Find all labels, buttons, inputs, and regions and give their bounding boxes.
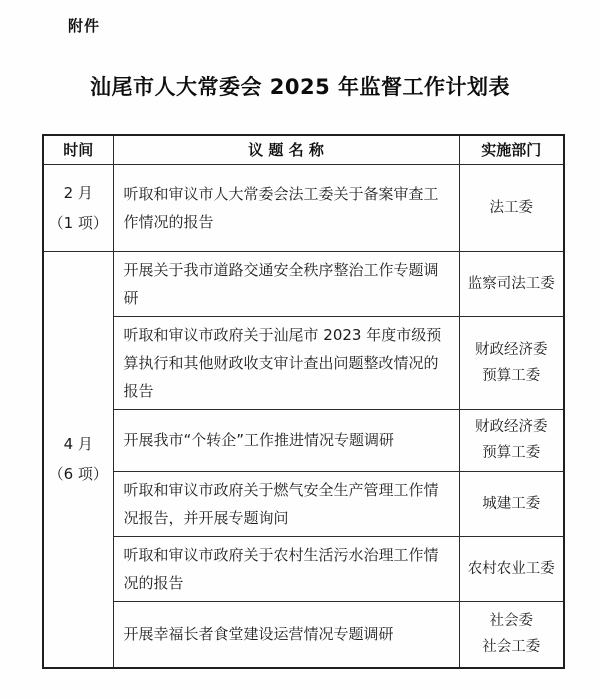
dept-cell: 法工委 [459,164,564,251]
dept-line: 农村农业工委 [462,556,562,582]
topic-cell: 听取和审议市人大常委会法工委关于备案审查工作情况的报告 [113,164,459,251]
time-cell-april: 4 月 （6 项） [43,251,113,668]
dept-line: 社会委 [462,608,562,634]
table-row: 听取和审议市政府关于汕尾市 2023 年度市级预算执行和其他财政收支审计查出问题… [43,316,564,409]
dept-cell: 监察司法工委 [459,251,564,316]
dept-cell: 社会委 社会工委 [459,601,564,668]
table-row: 听取和审议市政府关于燃气安全生产管理工作情况报告，并开展专题询问 城建工委 [43,471,564,536]
dept-cell: 城建工委 [459,471,564,536]
page-title: 汕尾市人大常委会 2025 年监督工作计划表 [0,71,600,101]
attachment-label: 附件 [68,15,100,36]
topic-cell: 开展幸福长者食堂建设运营情况专题调研 [113,601,459,668]
topic-cell: 听取和审议市政府关于农村生活污水治理工作情况的报告 [113,536,459,601]
dept-line: 预算工委 [462,363,562,389]
topic-cell: 开展关于我市道路交通安全秩序整治工作专题调研 [113,251,459,316]
table-row: 2 月 （1 项） 听取和审议市人大常委会法工委关于备案审查工作情况的报告 法工… [43,164,564,251]
time-month: 2 月 [44,178,113,208]
dept-line: 城建工委 [462,491,562,517]
time-cell-february: 2 月 （1 项） [43,164,113,251]
col-header-topic: 议 题 名 称 [113,135,459,164]
topic-cell: 开展我市“个转企”工作推进情况专题调研 [113,409,459,471]
dept-cell: 财政经济委 预算工委 [459,316,564,409]
topic-cell: 听取和审议市政府关于燃气安全生产管理工作情况报告，并开展专题询问 [113,471,459,536]
dept-line: 法工委 [462,195,562,221]
table-row: 4 月 （6 项） 开展关于我市道路交通安全秩序整治工作专题调研 监察司法工委 [43,251,564,316]
dept-line: 社会工委 [462,634,562,660]
time-month: 4 月 [44,429,113,459]
table-row: 开展我市“个转企”工作推进情况专题调研 财政经济委 预算工委 [43,409,564,471]
time-count: （6 项） [44,459,113,489]
dept-line: 财政经济委 [462,414,562,440]
table-row: 听取和审议市政府关于农村生活污水治理工作情况的报告 农村农业工委 [43,536,564,601]
dept-line: 监察司法工委 [462,271,562,297]
dept-cell: 财政经济委 预算工委 [459,409,564,471]
time-count: （1 项） [44,208,113,238]
plan-table: 时间 议 题 名 称 实施部门 2 月 （1 项） 听取和审议市人大常委会法工委… [42,134,565,669]
col-header-time: 时间 [43,135,113,164]
document-page: 附件 汕尾市人大常委会 2025 年监督工作计划表 时间 议 题 名 称 实施部… [0,0,600,699]
dept-line: 预算工委 [462,440,562,466]
topic-cell: 听取和审议市政府关于汕尾市 2023 年度市级预算执行和其他财政收支审计查出问题… [113,316,459,409]
col-header-dept: 实施部门 [459,135,564,164]
dept-cell: 农村农业工委 [459,536,564,601]
dept-line: 财政经济委 [462,337,562,363]
table-row: 开展幸福长者食堂建设运营情况专题调研 社会委 社会工委 [43,601,564,668]
header-row: 时间 议 题 名 称 实施部门 [43,135,564,164]
